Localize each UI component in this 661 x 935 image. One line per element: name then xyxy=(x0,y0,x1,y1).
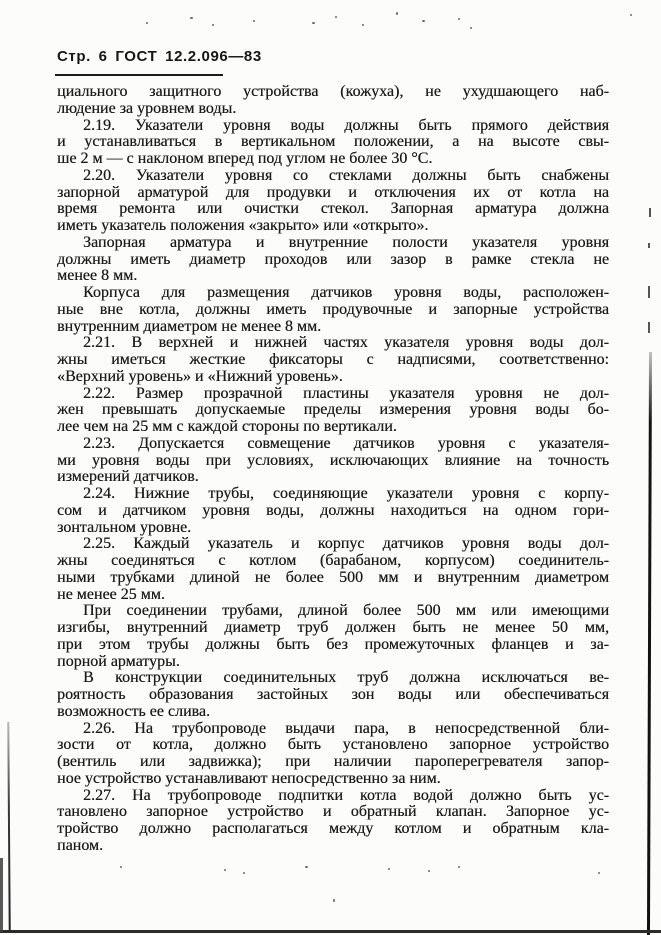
scan-speck xyxy=(422,20,425,22)
text-line: ное устройство устанавливают непосредств… xyxy=(57,771,609,788)
text-line: тройство должно располагаться между котл… xyxy=(57,821,609,838)
text-line: 2.23. Допускается совмещение датчиков ур… xyxy=(57,436,609,453)
text-line: (вентиль или задвижка); при наличии паро… xyxy=(57,754,609,771)
text-line: 2.27. На трубопроводе подпитки котла вод… xyxy=(57,788,609,805)
text-line: лее чем на 25 мм с каждой стороны по вер… xyxy=(57,419,609,436)
scan-right-dash xyxy=(648,286,650,298)
scan-left-edge-line xyxy=(7,722,10,932)
text-line: время ремонта или очистки стекол. Запорн… xyxy=(57,201,609,218)
header-underline xyxy=(55,74,223,76)
scan-speck xyxy=(224,869,226,871)
scan-speck xyxy=(190,17,193,19)
scan-speck xyxy=(428,870,430,872)
scan-bottom-edge-line xyxy=(0,930,661,933)
scan-right-dash xyxy=(649,208,651,217)
scan-speck xyxy=(458,866,460,868)
text-line: должны иметь диаметр проходов или зазор … xyxy=(57,252,609,269)
scan-speck xyxy=(388,868,390,870)
text-line: 2.25. Каждый указатель и корпус датчиков… xyxy=(57,536,609,553)
scan-speck xyxy=(630,14,632,16)
text-line: зонтальном уровне. xyxy=(57,520,609,537)
scan-speck xyxy=(146,22,148,24)
text-line: 2.21. В верхней и нижней частях указател… xyxy=(57,335,609,352)
text-line: менее 8 мм. xyxy=(57,268,609,285)
text-line: ными трубками длиной не более 500 мм и в… xyxy=(57,570,609,587)
text-line: иметь указатель положения «закрыто» или … xyxy=(57,218,609,235)
text-line: сом и датчиком уровня воды, должны наход… xyxy=(57,503,609,520)
text-line: зости от котла, должно быть установлено … xyxy=(57,737,609,754)
scan-speck xyxy=(120,866,122,868)
text-line: не менее 25 мм. xyxy=(57,587,609,604)
text-line: внутренним диаметром не менее 8 мм. xyxy=(57,319,609,336)
scan-right-edge-line xyxy=(647,352,652,935)
text-line: «Верхний уровень» и «Нижний уровень». xyxy=(57,369,609,386)
scan-speck xyxy=(458,18,460,20)
text-line: ми уровня воды при условиях, исключающих… xyxy=(57,453,609,470)
scan-speck xyxy=(335,16,337,18)
scan-right-dash xyxy=(648,243,650,248)
text-line: ше 2 м — с наклоном вперед под углом не … xyxy=(57,151,609,168)
scan-speck xyxy=(396,12,398,15)
text-line: при этом трубы должны быть без промежуто… xyxy=(57,637,609,654)
text-line: жны иметься жесткие фиксаторы с надписям… xyxy=(57,352,609,369)
page-header: Стр. 6 ГОСТ 12.2.096—83 xyxy=(57,48,262,65)
scan-speck xyxy=(362,24,364,26)
text-line: ные вне котла, должны иметь продувочные … xyxy=(57,302,609,319)
text-line: тановлено запорное устройство и обратный… xyxy=(57,804,609,821)
text-line: жны соединяться с котлом (барабаном, кор… xyxy=(57,553,609,570)
text-line: измерений датчиков. xyxy=(57,469,609,486)
text-line: 2.26. На трубопроводе выдачи пара, в неп… xyxy=(57,721,609,738)
text-line: людение за уровнем воды. xyxy=(57,101,609,118)
document-body: циального защитного устройства (кожуха),… xyxy=(57,84,609,855)
text-line: порной арматуры. xyxy=(57,654,609,671)
text-line: роятность образования застойных зон воды… xyxy=(57,687,609,704)
scan-speck xyxy=(243,872,245,874)
scanned-page: Стр. 6 ГОСТ 12.2.096—83 циального защитн… xyxy=(0,0,661,935)
scan-speck xyxy=(470,27,472,29)
scan-speck xyxy=(598,872,600,874)
scan-speck xyxy=(212,24,214,26)
text-line: При соединении трубами, длиной более 500… xyxy=(57,603,609,620)
text-line: Запорная арматура и внутренние полости у… xyxy=(57,235,609,252)
text-line: 2.20. Указатели уровня со стеклами должн… xyxy=(57,168,609,185)
text-line: изгибы, внутренний диаметр труб должен б… xyxy=(57,620,609,637)
text-line: и устанавливаться в вертикальном положен… xyxy=(57,134,609,151)
text-line: Корпуса для размещения датчиков уровня в… xyxy=(57,285,609,302)
text-line: паном. xyxy=(57,838,609,855)
scan-right-dash xyxy=(648,322,650,333)
text-line: запорной арматурой для продувки и отключ… xyxy=(57,185,609,202)
scan-speck xyxy=(333,899,335,902)
scan-left-corner-mark xyxy=(0,858,3,932)
text-line: жен превышать допускаемые пределы измере… xyxy=(57,402,609,419)
scan-speck xyxy=(305,866,308,868)
text-line: 2.22. Размер прозрачной пластины указате… xyxy=(57,386,609,403)
text-line: циального защитного устройства (кожуха),… xyxy=(57,84,609,101)
text-line: В конструкции соединительных труб должна… xyxy=(57,670,609,687)
scan-speck xyxy=(312,22,315,24)
text-line: 2.19. Указатели уровня воды должны быть … xyxy=(57,118,609,135)
scan-speck xyxy=(253,20,255,22)
text-line: возможность ее слива. xyxy=(57,704,609,721)
text-line: 2.24. Нижние трубы, соединяющие указател… xyxy=(57,486,609,503)
